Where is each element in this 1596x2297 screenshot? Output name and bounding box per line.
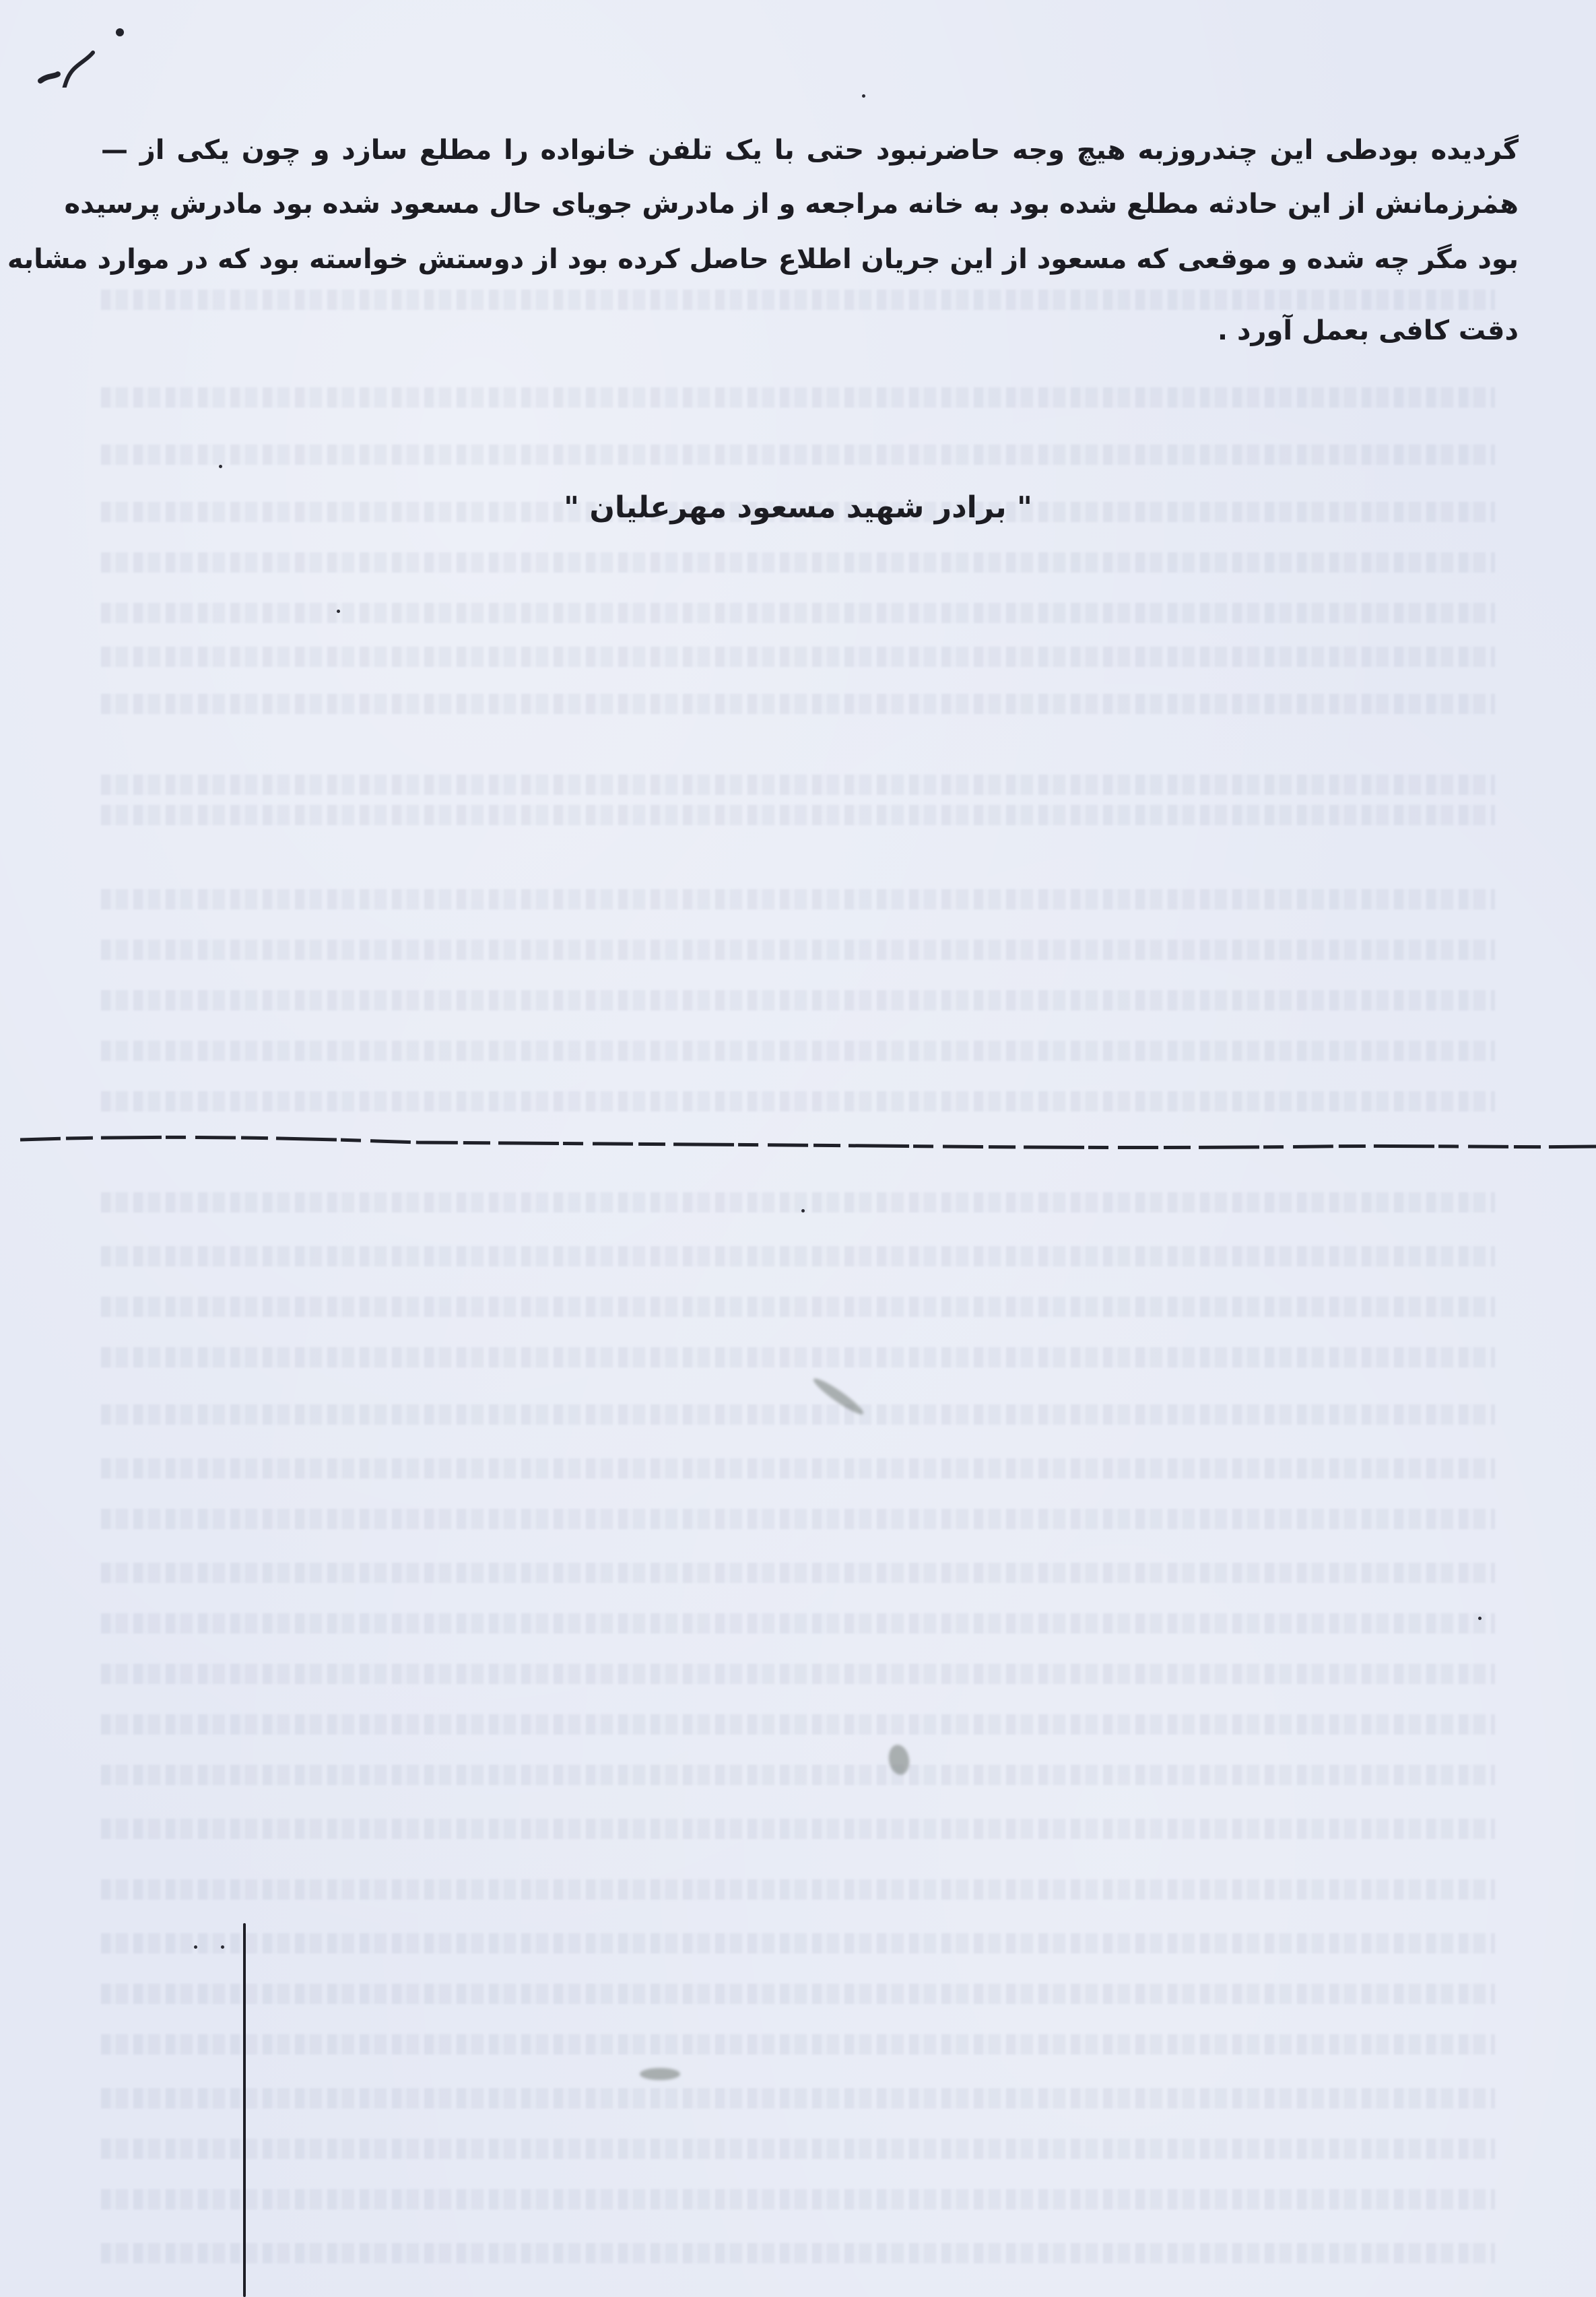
bleed-through-line <box>101 1297 1495 1317</box>
bleed-through-line <box>101 990 1495 1010</box>
corner-scribble-mark <box>34 20 135 88</box>
bleed-through-line <box>101 1879 1495 1900</box>
caption-title: " برادر شهید مسعود مهرعلیان " <box>0 490 1596 525</box>
bleed-through-line <box>101 1192 1495 1212</box>
bleed-through-line <box>101 1984 1495 2004</box>
bleed-through-line <box>101 387 1495 408</box>
bleed-through-line <box>101 1613 1495 1633</box>
speck <box>1478 1617 1482 1620</box>
bleed-through-line <box>101 775 1495 795</box>
bleed-through-line <box>101 694 1495 714</box>
body-line-2: همرزمانش از این حادثه مطلع شده بود به خا… <box>101 189 1519 220</box>
vertical-scan-line <box>243 1923 246 2297</box>
bleed-through-line <box>101 1933 1495 1953</box>
body-line-3: بود مگر چه شده و موقعی که مسعود از این ج… <box>101 244 1519 275</box>
bleed-through-line <box>101 445 1495 465</box>
bleed-through-line <box>101 2139 1495 2159</box>
horizontal-scan-smear <box>0 1132 1596 1159</box>
bleed-through-line <box>101 290 1495 310</box>
bleed-through-line <box>101 552 1495 573</box>
bleed-through-line <box>101 1246 1495 1266</box>
speck <box>862 94 865 98</box>
body-line-1: گردیده بودطی این چندروزبه هیچ وجه حاضرنب… <box>101 135 1519 166</box>
bleed-through-line <box>101 1347 1495 1367</box>
bleed-through-line <box>101 603 1495 623</box>
bleed-through-line <box>101 647 1495 667</box>
ink-smudge <box>640 2068 680 2080</box>
bleed-through-line <box>101 1404 1495 1425</box>
scanned-page: گردیده بودطی این چندروزبه هیچ وجه حاضرنب… <box>0 0 1596 2297</box>
speck <box>337 610 340 613</box>
bleed-through-line <box>101 805 1495 825</box>
speck <box>1488 195 1492 199</box>
bleed-through-line <box>101 1664 1495 1684</box>
bleed-through-line <box>101 2243 1495 2263</box>
bleed-through-line <box>101 2189 1495 2209</box>
speck <box>194 1945 197 1949</box>
bleed-through-line <box>101 2034 1495 2055</box>
bleed-through-line <box>101 1765 1495 1785</box>
bleed-through-line <box>101 1509 1495 1529</box>
bleed-through-line <box>101 1563 1495 1583</box>
bleed-through-line <box>101 2088 1495 2108</box>
bleed-through-line <box>101 1041 1495 1061</box>
bleed-through-line <box>101 1091 1495 1111</box>
body-line-4: دقت کافی بعمل آورد . <box>101 315 1519 346</box>
speck <box>801 1209 805 1212</box>
bleed-through-line <box>101 889 1495 909</box>
bleed-through-line <box>101 1819 1495 1839</box>
speck <box>221 1945 224 1949</box>
bleed-through-line <box>101 1458 1495 1479</box>
speck <box>219 465 222 468</box>
bleed-through-line <box>101 1714 1495 1735</box>
bleed-through-line <box>101 940 1495 960</box>
